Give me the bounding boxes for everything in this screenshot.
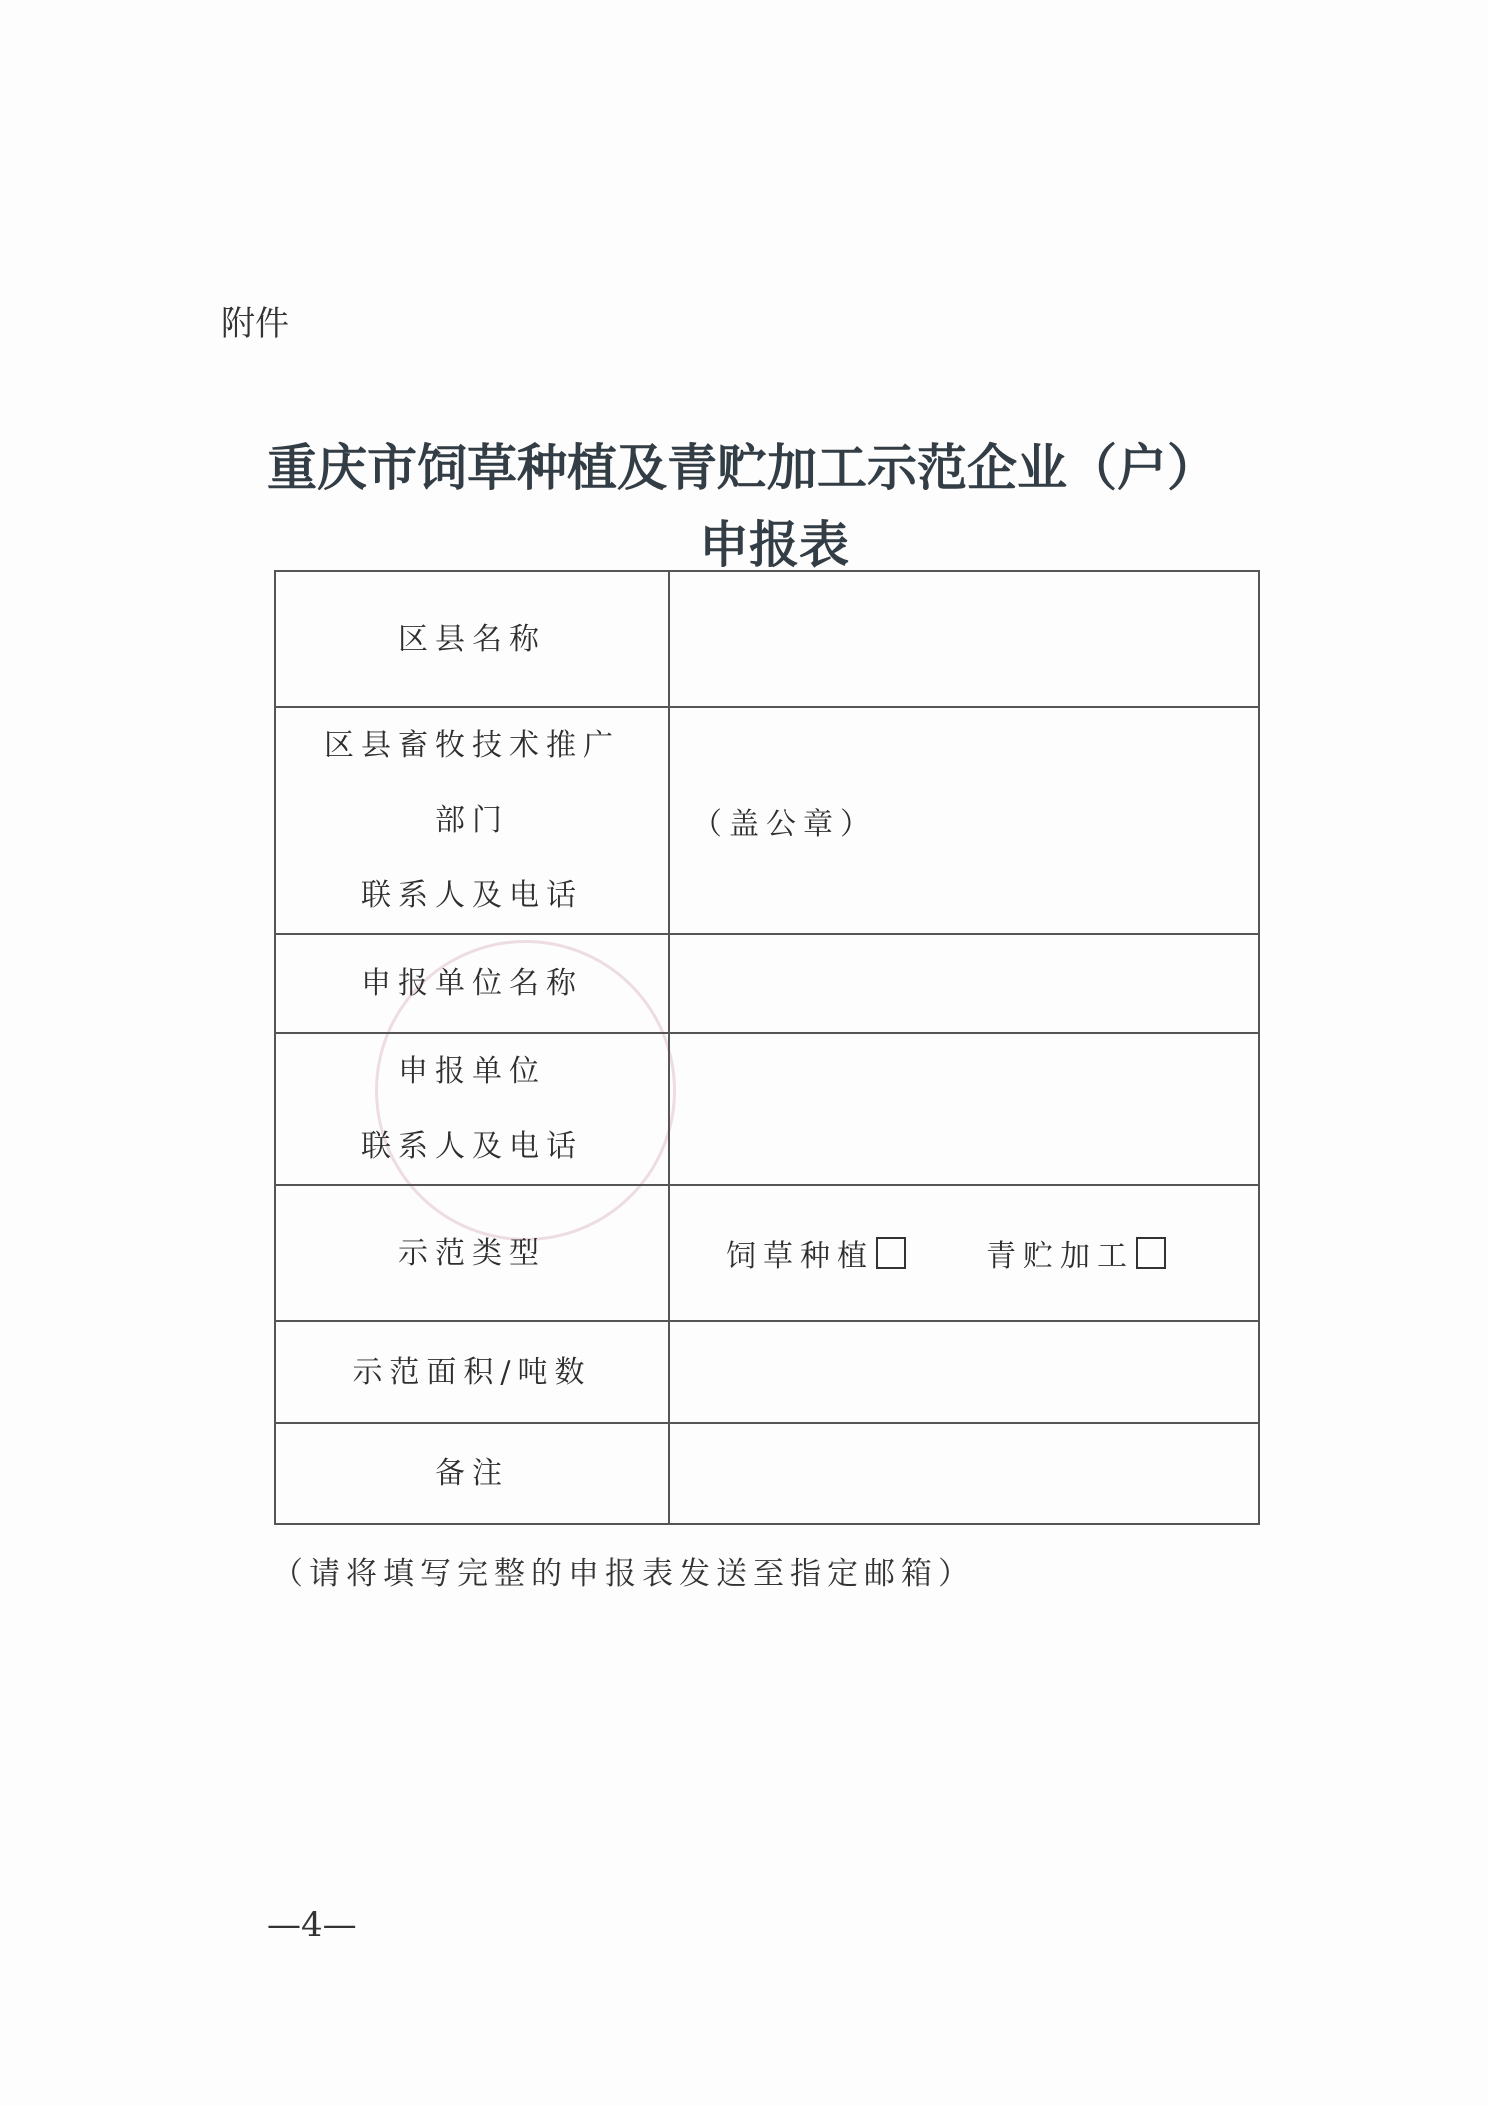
label-line: 部门 xyxy=(276,783,668,858)
form-row-district: 区县名称 xyxy=(275,571,1259,707)
checkbox-forage-planting[interactable] xyxy=(876,1237,906,1269)
field-demo-type: 饲草种植 青贮加工 xyxy=(669,1185,1259,1321)
field-remarks[interactable] xyxy=(669,1423,1259,1524)
option-silage-processing[interactable]: 青贮加工 xyxy=(986,1231,1166,1275)
label-remarks: 备注 xyxy=(275,1423,669,1524)
label-applicant-name: 申报单位名称 xyxy=(275,934,669,1033)
form-row-remarks: 备注 xyxy=(275,1423,1259,1524)
label-applicant-contact: 申报单位 联系人及电话 xyxy=(275,1033,669,1185)
form-row-demo-area: 示范面积/吨数 xyxy=(275,1321,1259,1423)
label-extension-dept: 区县畜牧技术推广 部门 联系人及电话 xyxy=(275,707,669,934)
field-applicant-contact[interactable] xyxy=(669,1033,1259,1185)
form-row-extension-dept: 区县畜牧技术推广 部门 联系人及电话 （盖公章） xyxy=(275,707,1259,934)
form-row-demo-type: 示范类型 饲草种植 青贮加工 xyxy=(275,1185,1259,1321)
submission-note: （请将填写完整的申报表发送至指定邮箱） xyxy=(272,1548,975,1593)
field-applicant-name[interactable] xyxy=(669,934,1259,1033)
option-label: 青贮加工 xyxy=(986,1231,1134,1275)
label-line: 申报单位 xyxy=(276,1034,668,1109)
application-form-table: 区县名称 区县畜牧技术推广 部门 联系人及电话 （盖公章） 申报单位名称 申报单… xyxy=(274,570,1260,1525)
field-demo-area[interactable] xyxy=(669,1321,1259,1423)
label-district-name: 区县名称 xyxy=(275,571,669,707)
option-forage-planting[interactable]: 饲草种植 xyxy=(726,1231,906,1275)
page-number: —4— xyxy=(267,1905,357,1945)
field-extension-dept[interactable]: （盖公章） xyxy=(669,707,1259,934)
page-title: 重庆市饲草种植及青贮加工示范企业（户） xyxy=(0,428,1486,500)
label-demo-type: 示范类型 xyxy=(275,1185,669,1321)
label-line: 联系人及电话 xyxy=(276,858,668,933)
form-row-applicant-contact: 申报单位 联系人及电话 xyxy=(275,1033,1259,1185)
option-label: 饲草种植 xyxy=(726,1231,874,1275)
seal-note: （盖公章） xyxy=(670,807,877,842)
label-line: 区县畜牧技术推广 xyxy=(276,708,668,783)
field-district-name[interactable] xyxy=(669,571,1259,707)
attachment-label: 附件 xyxy=(221,296,289,345)
label-demo-area: 示范面积/吨数 xyxy=(275,1321,669,1423)
checkbox-silage-processing[interactable] xyxy=(1136,1237,1166,1269)
form-row-applicant-name: 申报单位名称 xyxy=(275,934,1259,1033)
label-line: 联系人及电话 xyxy=(276,1109,668,1184)
page-subtitle: 申报表 xyxy=(30,505,1488,577)
